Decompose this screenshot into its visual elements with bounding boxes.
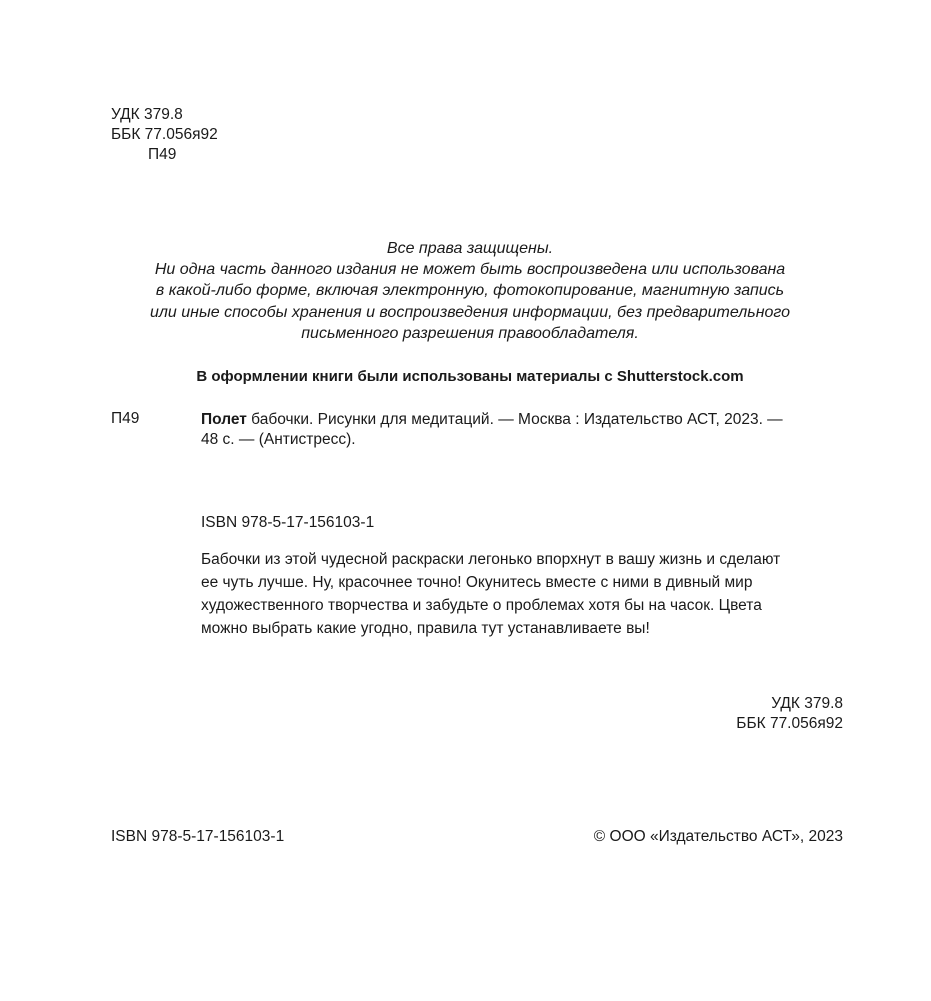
catalog-entry-line-1: Полет бабочки. Рисунки для медитаций. — … [201, 410, 783, 430]
catalog-description: бабочки. Рисунки для медитаций. — Москва… [247, 411, 783, 428]
udk-code: УДК 379.8 [111, 105, 218, 125]
catalog-entry: Полет бабочки. Рисунки для медитаций. — … [201, 410, 783, 450]
shutterstock-credit: В оформлении книги были использованы мат… [100, 368, 840, 385]
catalog-entry-line-2: 48 с. — (Антистресс). [201, 430, 783, 450]
catalog-title: Полет [201, 411, 247, 428]
annotation-line: ее чуть лучше. Ну, красочнее точно! Окун… [201, 571, 780, 594]
rights-line: в какой-либо форме, включая электронную,… [100, 280, 840, 301]
author-mark: П49 [111, 145, 218, 165]
isbn-footer: ISBN 978-5-17-156103-1 [111, 828, 284, 846]
bbk-code: ББК 77.056я92 [736, 714, 843, 734]
udk-code: УДК 379.8 [736, 694, 843, 714]
annotation-line: Бабочки из этой чудесной раскраски легон… [201, 548, 780, 571]
rights-line: Ни одна часть данного издания не может б… [100, 259, 840, 280]
rights-line: письменного разрешения правообладателя. [100, 323, 840, 344]
catalog-author-mark: П49 [111, 410, 139, 428]
top-classification-codes: УДК 379.8 ББК 77.056я92 П49 [111, 105, 218, 165]
bbk-code: ББК 77.056я92 [111, 125, 218, 145]
bottom-classification-codes: УДК 379.8 ББК 77.056я92 [736, 694, 843, 734]
annotation: Бабочки из этой чудесной раскраски легон… [201, 548, 780, 640]
rights-line: или иные способы хранения и воспроизведе… [100, 302, 840, 323]
annotation-line: художественного творчества и забудьте о … [201, 594, 780, 617]
copyright-notice: © ООО «Издательство АСТ», 2023 [594, 828, 843, 846]
annotation-line: можно выбрать какие угодно, правила тут … [201, 617, 780, 640]
rights-line: Все права защищены. [100, 238, 840, 259]
rights-notice: Все права защищены. Ни одна часть данног… [100, 238, 840, 344]
isbn-catalog: ISBN 978-5-17-156103-1 [201, 514, 374, 532]
